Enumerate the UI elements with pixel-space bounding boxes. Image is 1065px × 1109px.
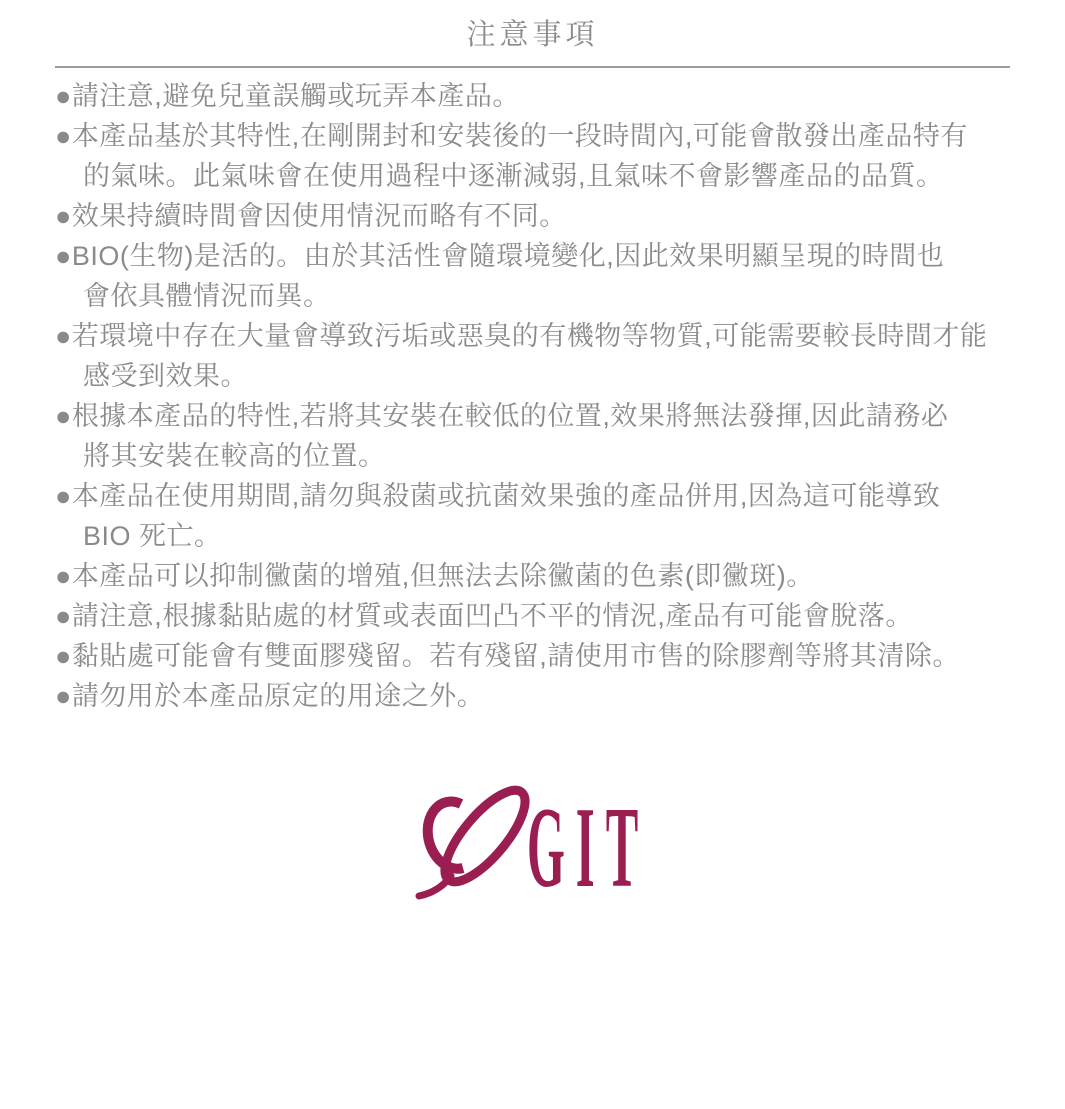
- note-text: 請勿用於本產品原定的用途之外。: [72, 681, 485, 711]
- bullet-icon: ●: [55, 81, 72, 111]
- logo-text-group: GIT: [527, 784, 649, 907]
- note-item: ●若環境中存在大量會導致污垢或惡臭的有機物等物質,可能需要較長時間才能 感受到效…: [55, 316, 1010, 396]
- note-text: 本產品在使用期間,請勿與殺菌或抗菌效果強的產品併用,因為這可能導致 BIO 死亡…: [72, 481, 941, 551]
- note-item: ●BIO(生物)是活的。由於其活性會隨環境變化,因此效果明顯呈現的時間也 會依具…: [55, 236, 1010, 316]
- notes-list: ●請注意,避免兒童誤觸或玩弄本產品。 ●本產品基於其特性,在剛開封和安裝後的一段…: [55, 76, 1010, 716]
- bullet-icon: ●: [55, 561, 72, 591]
- bullet-icon: ●: [55, 601, 72, 631]
- note-text: 本產品基於其特性,在剛開封和安裝後的一段時間內,可能會散發出產品特有 的氣味。此…: [72, 121, 968, 191]
- note-text: BIO(生物)是活的。由於其活性會隨環境變化,因此效果明顯呈現的時間也 會依具體…: [72, 241, 945, 311]
- logo-text: GIT: [527, 784, 649, 907]
- title-divider: [55, 66, 1010, 68]
- note-item: ●效果持續時間會因使用情況而略有不同。: [55, 196, 1010, 236]
- note-text: 黏貼處可能會有雙面膠殘留。若有殘留,請使用市售的除膠劑等將其清除。: [72, 641, 960, 671]
- note-text: 效果持續時間會因使用情況而略有不同。: [72, 201, 567, 231]
- notice-page: 注意事項 ●請注意,避免兒童誤觸或玩弄本產品。 ●本產品基於其特性,在剛開封和安…: [0, 0, 1065, 1109]
- note-text: 請注意,避免兒童誤觸或玩弄本產品。: [72, 81, 520, 111]
- note-item: ●本產品在使用期間,請勿與殺菌或抗菌效果強的產品併用,因為這可能導致 BIO 死…: [55, 476, 1010, 556]
- note-item: ●請注意,避免兒童誤觸或玩弄本產品。: [55, 76, 1010, 116]
- cogit-logo-svg: GIT: [415, 782, 650, 907]
- bullet-icon: ●: [55, 121, 72, 151]
- note-item: ●黏貼處可能會有雙面膠殘留。若有殘留,請使用市售的除膠劑等將其清除。: [55, 636, 1010, 676]
- note-text: 請注意,根據黏貼處的材質或表面凹凸不平的情況,產品有可能會脫落。: [72, 601, 913, 631]
- note-item: ●請注意,根據黏貼處的材質或表面凹凸不平的情況,產品有可能會脫落。: [55, 596, 1010, 636]
- bullet-icon: ●: [55, 681, 72, 711]
- page-title: 注意事項: [0, 0, 1065, 54]
- bullet-icon: ●: [55, 201, 72, 231]
- logo-tail-stroke: [419, 876, 451, 896]
- bullet-icon: ●: [55, 401, 72, 431]
- note-text: 本產品可以抑制黴菌的增殖,但無法去除黴菌的色素(即黴斑)。: [72, 561, 814, 591]
- cogit-logo: GIT: [415, 782, 650, 907]
- bullet-icon: ●: [55, 641, 72, 671]
- bullet-icon: ●: [55, 321, 72, 351]
- note-text: 若環境中存在大量會導致污垢或惡臭的有機物等物質,可能需要較長時間才能 感受到效果…: [72, 321, 988, 391]
- note-text: 根據本產品的特性,若將其安裝在較低的位置,效果將無法發揮,因此請務必 將其安裝在…: [72, 401, 949, 471]
- note-item: ●請勿用於本產品原定的用途之外。: [55, 676, 1010, 716]
- bullet-icon: ●: [55, 481, 72, 511]
- note-item: ●本產品可以抑制黴菌的增殖,但無法去除黴菌的色素(即黴斑)。: [55, 556, 1010, 596]
- note-item: ●本產品基於其特性,在剛開封和安裝後的一段時間內,可能會散發出產品特有 的氣味。…: [55, 116, 1010, 196]
- bullet-icon: ●: [55, 241, 72, 271]
- note-item: ●根據本產品的特性,若將其安裝在較低的位置,效果將無法發揮,因此請務必 將其安裝…: [55, 396, 1010, 476]
